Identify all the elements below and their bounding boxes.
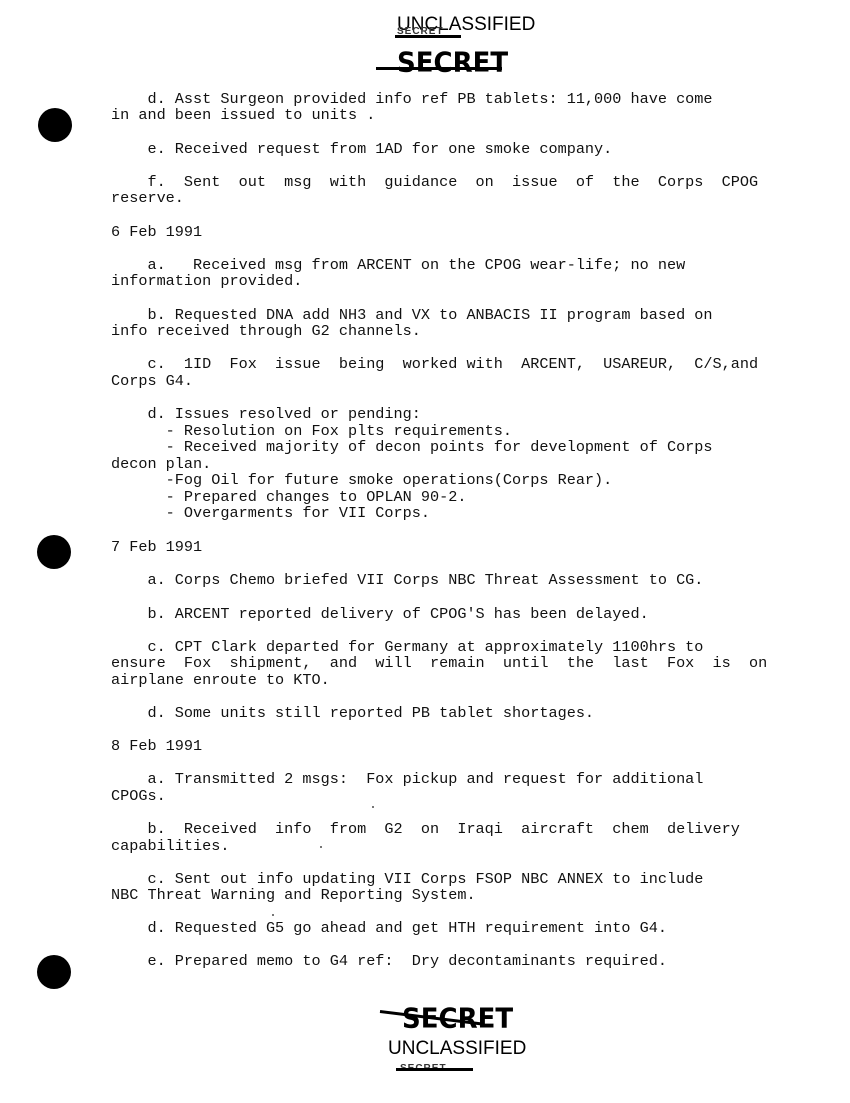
text-line: a. Transmitted 2 msgs: Fox pickup and re… <box>111 771 703 788</box>
footer-small-strike-line <box>396 1068 473 1071</box>
text-line: d. Issues resolved or pending: <box>111 406 421 423</box>
text-line: capabilities. <box>111 838 229 855</box>
text-line: Corps G4. <box>111 373 193 390</box>
text-line: f. Sent out msg with guidance on issue o… <box>111 174 758 191</box>
footer-classification: UNCLASSIFIED <box>388 1038 526 1060</box>
text-line: - Received majority of decon points for … <box>111 439 713 456</box>
document-page: UNCLASSIFIED SECRET SECRET d. Asst Surge… <box>0 0 850 1103</box>
text-line: c. 1ID Fox issue being worked with ARCEN… <box>111 356 758 373</box>
text-line: e. Prepared memo to G4 ref: Dry decontam… <box>111 953 667 970</box>
date-heading: 7 Feb 1991 <box>111 539 202 556</box>
text-line: CPOGs. <box>111 788 166 805</box>
date-heading: 8 Feb 1991 <box>111 738 202 755</box>
text-line: d. Some units still reported PB tablet s… <box>111 705 594 722</box>
text-line: info received through G2 channels. <box>111 323 421 340</box>
text-line: - Overgarments for VII Corps. <box>111 505 430 522</box>
date-heading: 6 Feb 1991 <box>111 224 202 241</box>
scan-speck <box>372 806 374 808</box>
text-line: d. Requested G5 go ahead and get HTH req… <box>111 920 667 937</box>
text-line: airplane enroute to KTO. <box>111 672 330 689</box>
text-line: reserve. <box>111 190 184 207</box>
header-classification: UNCLASSIFIED SECRET <box>397 14 535 36</box>
text-line: information provided. <box>111 273 302 290</box>
punch-hole-top <box>38 108 72 142</box>
text-line: NBC Threat Warning and Reporting System. <box>111 887 476 904</box>
punch-hole-bottom <box>37 955 71 989</box>
scan-speck <box>272 914 274 916</box>
text-line: e. Received request from 1AD for one smo… <box>111 141 612 158</box>
text-line: a. Corps Chemo briefed VII Corps NBC Thr… <box>111 572 703 589</box>
text-line: -Fog Oil for future smoke operations(Cor… <box>111 472 612 489</box>
punch-hole-middle <box>37 535 71 569</box>
scan-speck <box>320 846 322 848</box>
text-line: b. Received info from G2 on Iraqi aircra… <box>111 821 740 838</box>
text-line: ensure Fox shipment, and will remain unt… <box>111 655 767 672</box>
header-strike-line <box>395 35 461 38</box>
header-struck-secret: SECRET <box>397 47 508 79</box>
header-secret-strike-line <box>376 67 502 70</box>
text-line: b. ARCENT reported delivery of CPOG'S ha… <box>111 606 649 623</box>
text-line: in and been issued to units . <box>111 107 375 124</box>
